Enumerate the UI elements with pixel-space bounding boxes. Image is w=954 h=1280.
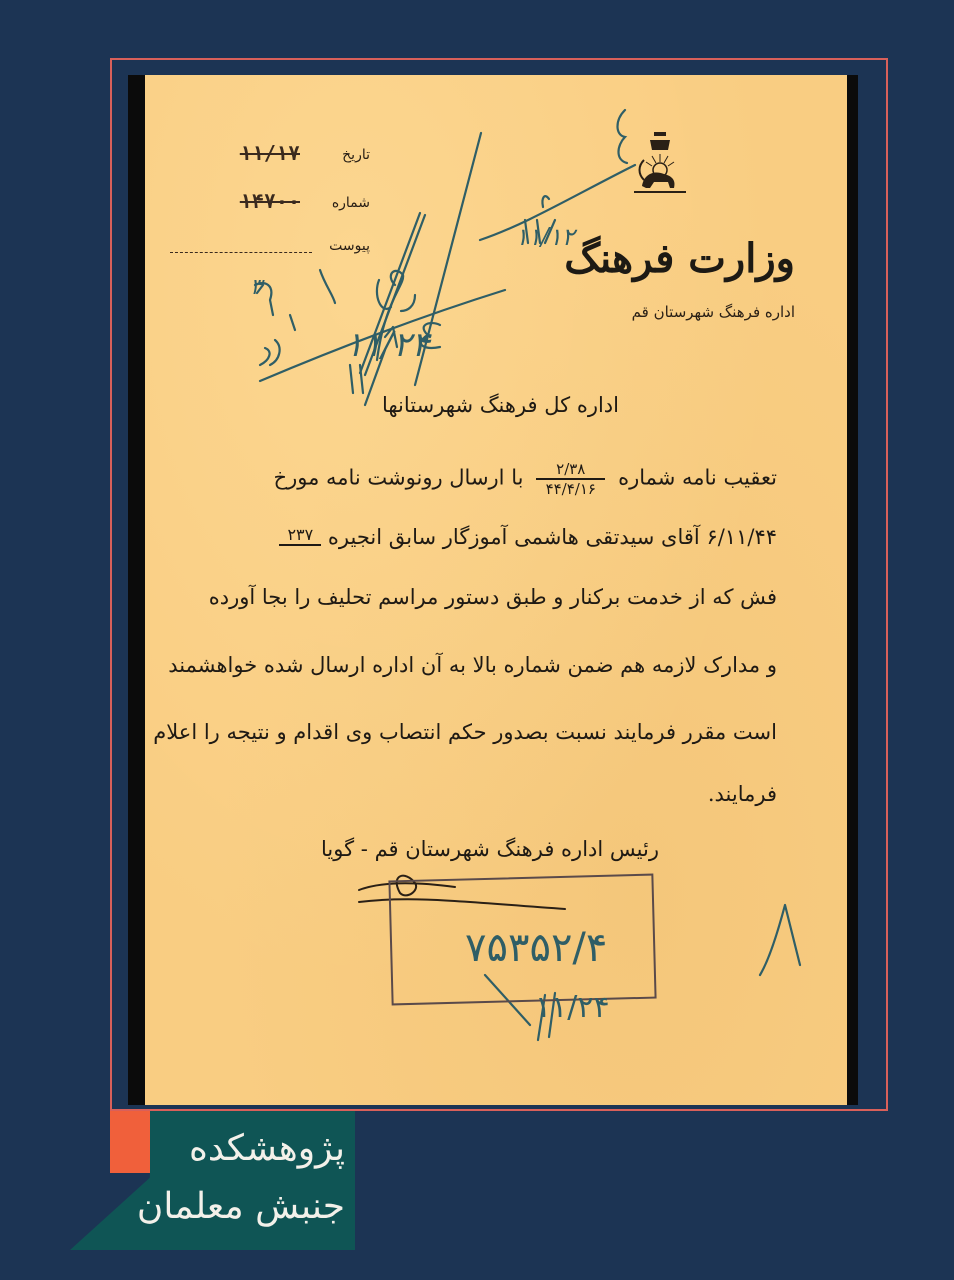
document-page: وزارت فرهنگ اداره فرهنگ شهرستان قم تاریخ…: [145, 75, 847, 1105]
letter-line-4: و مدارک لازمه هم ضمن شماره بالا به آن اد…: [167, 653, 777, 677]
institute-logo: پژوهشکده جنبش معلمان: [120, 1120, 345, 1236]
scan-border-left: [128, 75, 146, 1105]
date-row: تاریخ ۱۱/۱۷: [170, 147, 370, 177]
ref-number-bottom: ۴۴/۴/۱۶: [536, 480, 605, 498]
margin-note-date: ۱۱/۱۲: [515, 223, 575, 251]
reference-fraction: ۲/۳۸ ۴۴/۴/۱۶: [536, 460, 605, 498]
letter-line-2: ۶/۱۱/۴۴ آقای سیدتقی هاشمی آموزگار سابق ا…: [167, 525, 777, 549]
number-label: شماره: [332, 195, 370, 211]
letter-text: با ارسال رونوشت نامه مورخ: [274, 466, 524, 490]
letter-text: ۶/۱۱/۴۴ آقای سیدتقی هاشمی آموزگار سابق ا…: [328, 525, 777, 549]
margin-note-mark: ۳: [250, 275, 262, 300]
margin-note-left-date: ۱۱/۲۴: [345, 325, 430, 365]
letter-line-3: فش که از خدمت برکنار و طبق دستور مراسم ت…: [167, 585, 777, 609]
letter-line-1: تعقیب نامه شماره ۲/۳۸ ۴۴/۴/۱۶ با ارسال ر…: [167, 460, 777, 498]
signature-line: رئیس اداره فرهنگ شهرستان قم - گویا: [145, 837, 659, 861]
recipient-line: اداره کل فرهنگ شهرستانها: [145, 393, 619, 417]
ministry-title: وزارت فرهنگ: [545, 235, 795, 282]
logo-line-1: پژوهشکده: [120, 1120, 345, 1178]
attachment-row: پیوست: [170, 238, 370, 268]
attachment-label: پیوست: [329, 238, 370, 254]
number-row: شماره ۱۴۷۰۰: [170, 195, 370, 225]
attachment-dotted-line: [170, 252, 312, 253]
letter-line-6: فرمایند.: [167, 782, 777, 806]
scan-border-right: [846, 75, 858, 1105]
stamp-date: ۱۱/۲۴: [535, 990, 610, 1025]
stamp-number: ۷۵۳۵۲/۴: [465, 925, 607, 971]
letter-text: تعقیب نامه شماره: [618, 466, 777, 490]
date-value: ۱۱/۱۷: [240, 141, 300, 165]
office-subtitle: اداره فرهنگ شهرستان قم: [565, 303, 795, 321]
number-value: ۱۴۷۰۰: [240, 189, 300, 213]
ref-number-top: ۲/۳۸: [536, 460, 605, 480]
logo-line-2: جنبش معلمان: [120, 1178, 345, 1236]
lion-and-sun-emblem-icon: [630, 130, 690, 200]
date-label: تاریخ: [342, 147, 370, 163]
ref-inline-number: ۲۳۷: [279, 525, 321, 546]
letter-line-5: است مقرر فرمایند نسبت بصدور حکم انتصاب و…: [167, 720, 777, 744]
